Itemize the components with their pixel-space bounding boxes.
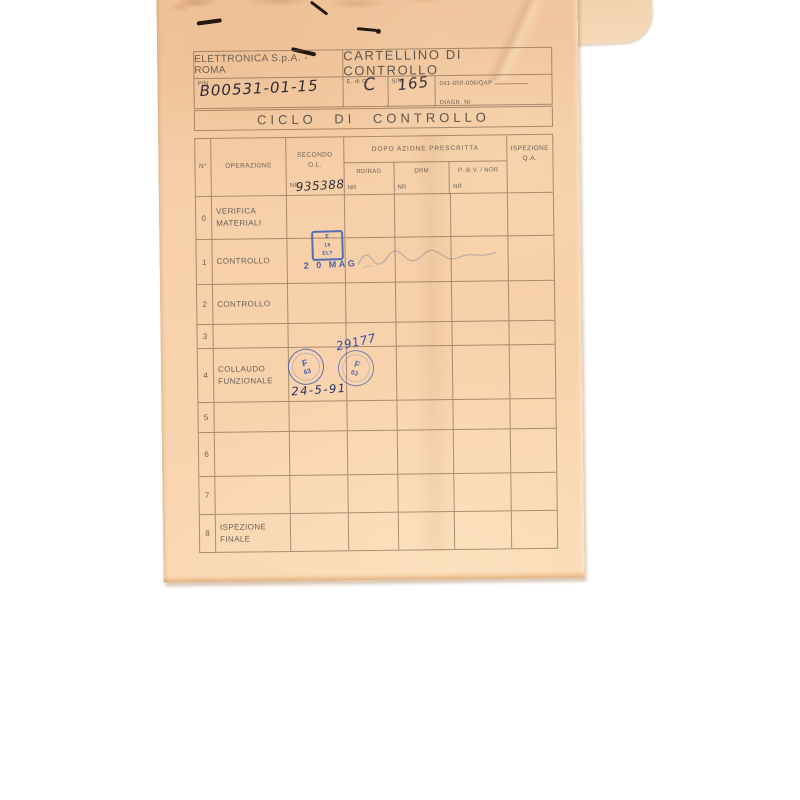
row-number: 3 xyxy=(197,325,213,348)
empty-cell xyxy=(511,473,556,511)
empty-cell xyxy=(290,475,348,513)
handwritten-serial-number: 165 xyxy=(397,73,431,95)
empty-cell xyxy=(398,430,455,474)
diagr-label: DIAGR. Nr xyxy=(440,100,471,106)
row-number: 4 xyxy=(198,349,215,402)
empty-cell xyxy=(511,429,557,473)
row-number: 2 xyxy=(197,285,213,324)
empty-cell xyxy=(397,346,454,400)
empty-cell xyxy=(453,399,510,429)
operation-cell: ISPEZIONE FINALE xyxy=(216,514,291,552)
col-header-secondo-ol: SECONDO O.L. NR 935388 xyxy=(286,137,345,195)
table-row: 5 xyxy=(198,399,555,433)
operation-cell xyxy=(213,324,288,348)
empty-cell xyxy=(509,281,554,321)
empty-cell xyxy=(454,429,512,473)
doc-code-field: 041-050-006/QAP DIAGR. Nr xyxy=(435,75,551,106)
empty-cell xyxy=(452,281,509,321)
empty-cell xyxy=(510,399,555,429)
doc-code: 041-050-006/QAP xyxy=(439,78,547,87)
company-name: ELETTRONICA S.p.A. - ROMA xyxy=(194,50,343,78)
empty-cell xyxy=(288,283,346,323)
document-page: ELETTRONICA S.p.A. - ROMA CARTELLINO DI … xyxy=(156,0,584,583)
table-row: 1 CONTROLLO xyxy=(196,236,554,285)
empty-cell xyxy=(289,401,347,431)
empty-cell xyxy=(348,431,399,475)
empty-cell xyxy=(508,236,554,281)
nr-label: NR xyxy=(397,185,406,191)
section-title: CICLO DI CONTROLLO xyxy=(194,106,553,131)
table-row: 0 VERIFICA MATERIALI xyxy=(196,193,553,240)
operation-cell xyxy=(215,476,290,514)
empty-cell xyxy=(509,321,554,345)
operation-cell: COLLAUDO FUNZIONALE xyxy=(214,348,290,402)
empty-cell xyxy=(349,513,399,551)
operation-cell: CONTROLLO xyxy=(213,284,288,324)
empty-cell xyxy=(510,345,556,399)
inspection-stamp-square: E 18 ELT xyxy=(311,230,344,261)
table-header-row: N° OPERAZIONE SECONDO O.L. NR 935388 DOP… xyxy=(195,135,553,197)
empty-cell xyxy=(397,400,453,430)
col-header-ispezione-qa: ISPEZIONE Q.A. xyxy=(507,135,553,193)
empty-cell xyxy=(508,193,554,236)
handwritten-order-number: 935388 xyxy=(295,175,345,197)
col-header-rdrag: RD/RAG NR xyxy=(344,163,394,195)
empty-cell xyxy=(291,513,349,551)
empty-cell xyxy=(395,194,452,237)
empty-cell xyxy=(395,237,452,282)
handwritten-edc: C xyxy=(363,75,376,96)
table-row: 2 CONTROLLO xyxy=(197,281,554,325)
col-header-operazione: OPERAZIONE xyxy=(211,138,287,196)
empty-cell xyxy=(455,511,512,549)
operation-cell: VERIFICA MATERIALI xyxy=(212,196,288,239)
form-title: CARTELLINO DI CONTROLLO xyxy=(343,48,551,77)
empty-cell xyxy=(399,512,455,550)
col-header-pdv-nor: P. di V. / NOR NR xyxy=(450,161,507,193)
col-header-dopo-azione: DOPO AZIONE PRESCRITTA xyxy=(344,135,506,163)
blank-line xyxy=(494,78,528,84)
ink-mark xyxy=(197,18,222,25)
ink-mark xyxy=(376,29,381,34)
row-number: 6 xyxy=(199,433,216,476)
sub-header-row: RD/RAG NR DRM NR P. di V. / NOR NR xyxy=(344,161,506,194)
table-row: 6 xyxy=(199,429,557,477)
nr-label: NR xyxy=(348,185,357,191)
empty-cell xyxy=(451,236,509,281)
scan-background: { "header": { "company": "ELETTRONICA S.… xyxy=(0,0,800,800)
row-number: 7 xyxy=(199,477,215,514)
row-number: 0 xyxy=(196,197,213,239)
row-number: 5 xyxy=(198,403,214,432)
ink-mark xyxy=(310,1,329,16)
nr-label: NR xyxy=(453,184,462,190)
empty-cell xyxy=(347,401,397,431)
table-row: 4 COLLAUDO FUNZIONALE xyxy=(198,345,556,403)
operation-cell: CONTROLLO xyxy=(212,239,288,284)
row-number: 1 xyxy=(196,240,213,284)
empty-cell xyxy=(348,475,398,513)
empty-cell xyxy=(396,322,452,346)
col-group-dopo-azione: DOPO AZIONE PRESCRITTA RD/RAG NR DRM NR … xyxy=(344,135,508,194)
empty-cell xyxy=(345,195,396,238)
empty-cell xyxy=(512,511,557,549)
empty-cell xyxy=(454,473,511,511)
empty-cell xyxy=(451,193,509,236)
empty-cell xyxy=(398,474,454,512)
empty-cell xyxy=(396,282,452,322)
table-row: 7 xyxy=(199,473,556,515)
row-number: 8 xyxy=(200,515,216,552)
col-header-n: N° xyxy=(195,139,212,196)
empty-cell xyxy=(453,345,511,399)
empty-cell xyxy=(452,321,509,345)
operation-cell xyxy=(214,402,289,432)
empty-cell xyxy=(290,431,349,475)
operation-cell xyxy=(215,432,291,476)
ink-mark xyxy=(357,27,377,32)
table-row: 8 ISPEZIONE FINALE xyxy=(200,511,557,552)
col-header-drm: DRM NR xyxy=(394,162,450,194)
empty-cell xyxy=(346,283,396,323)
